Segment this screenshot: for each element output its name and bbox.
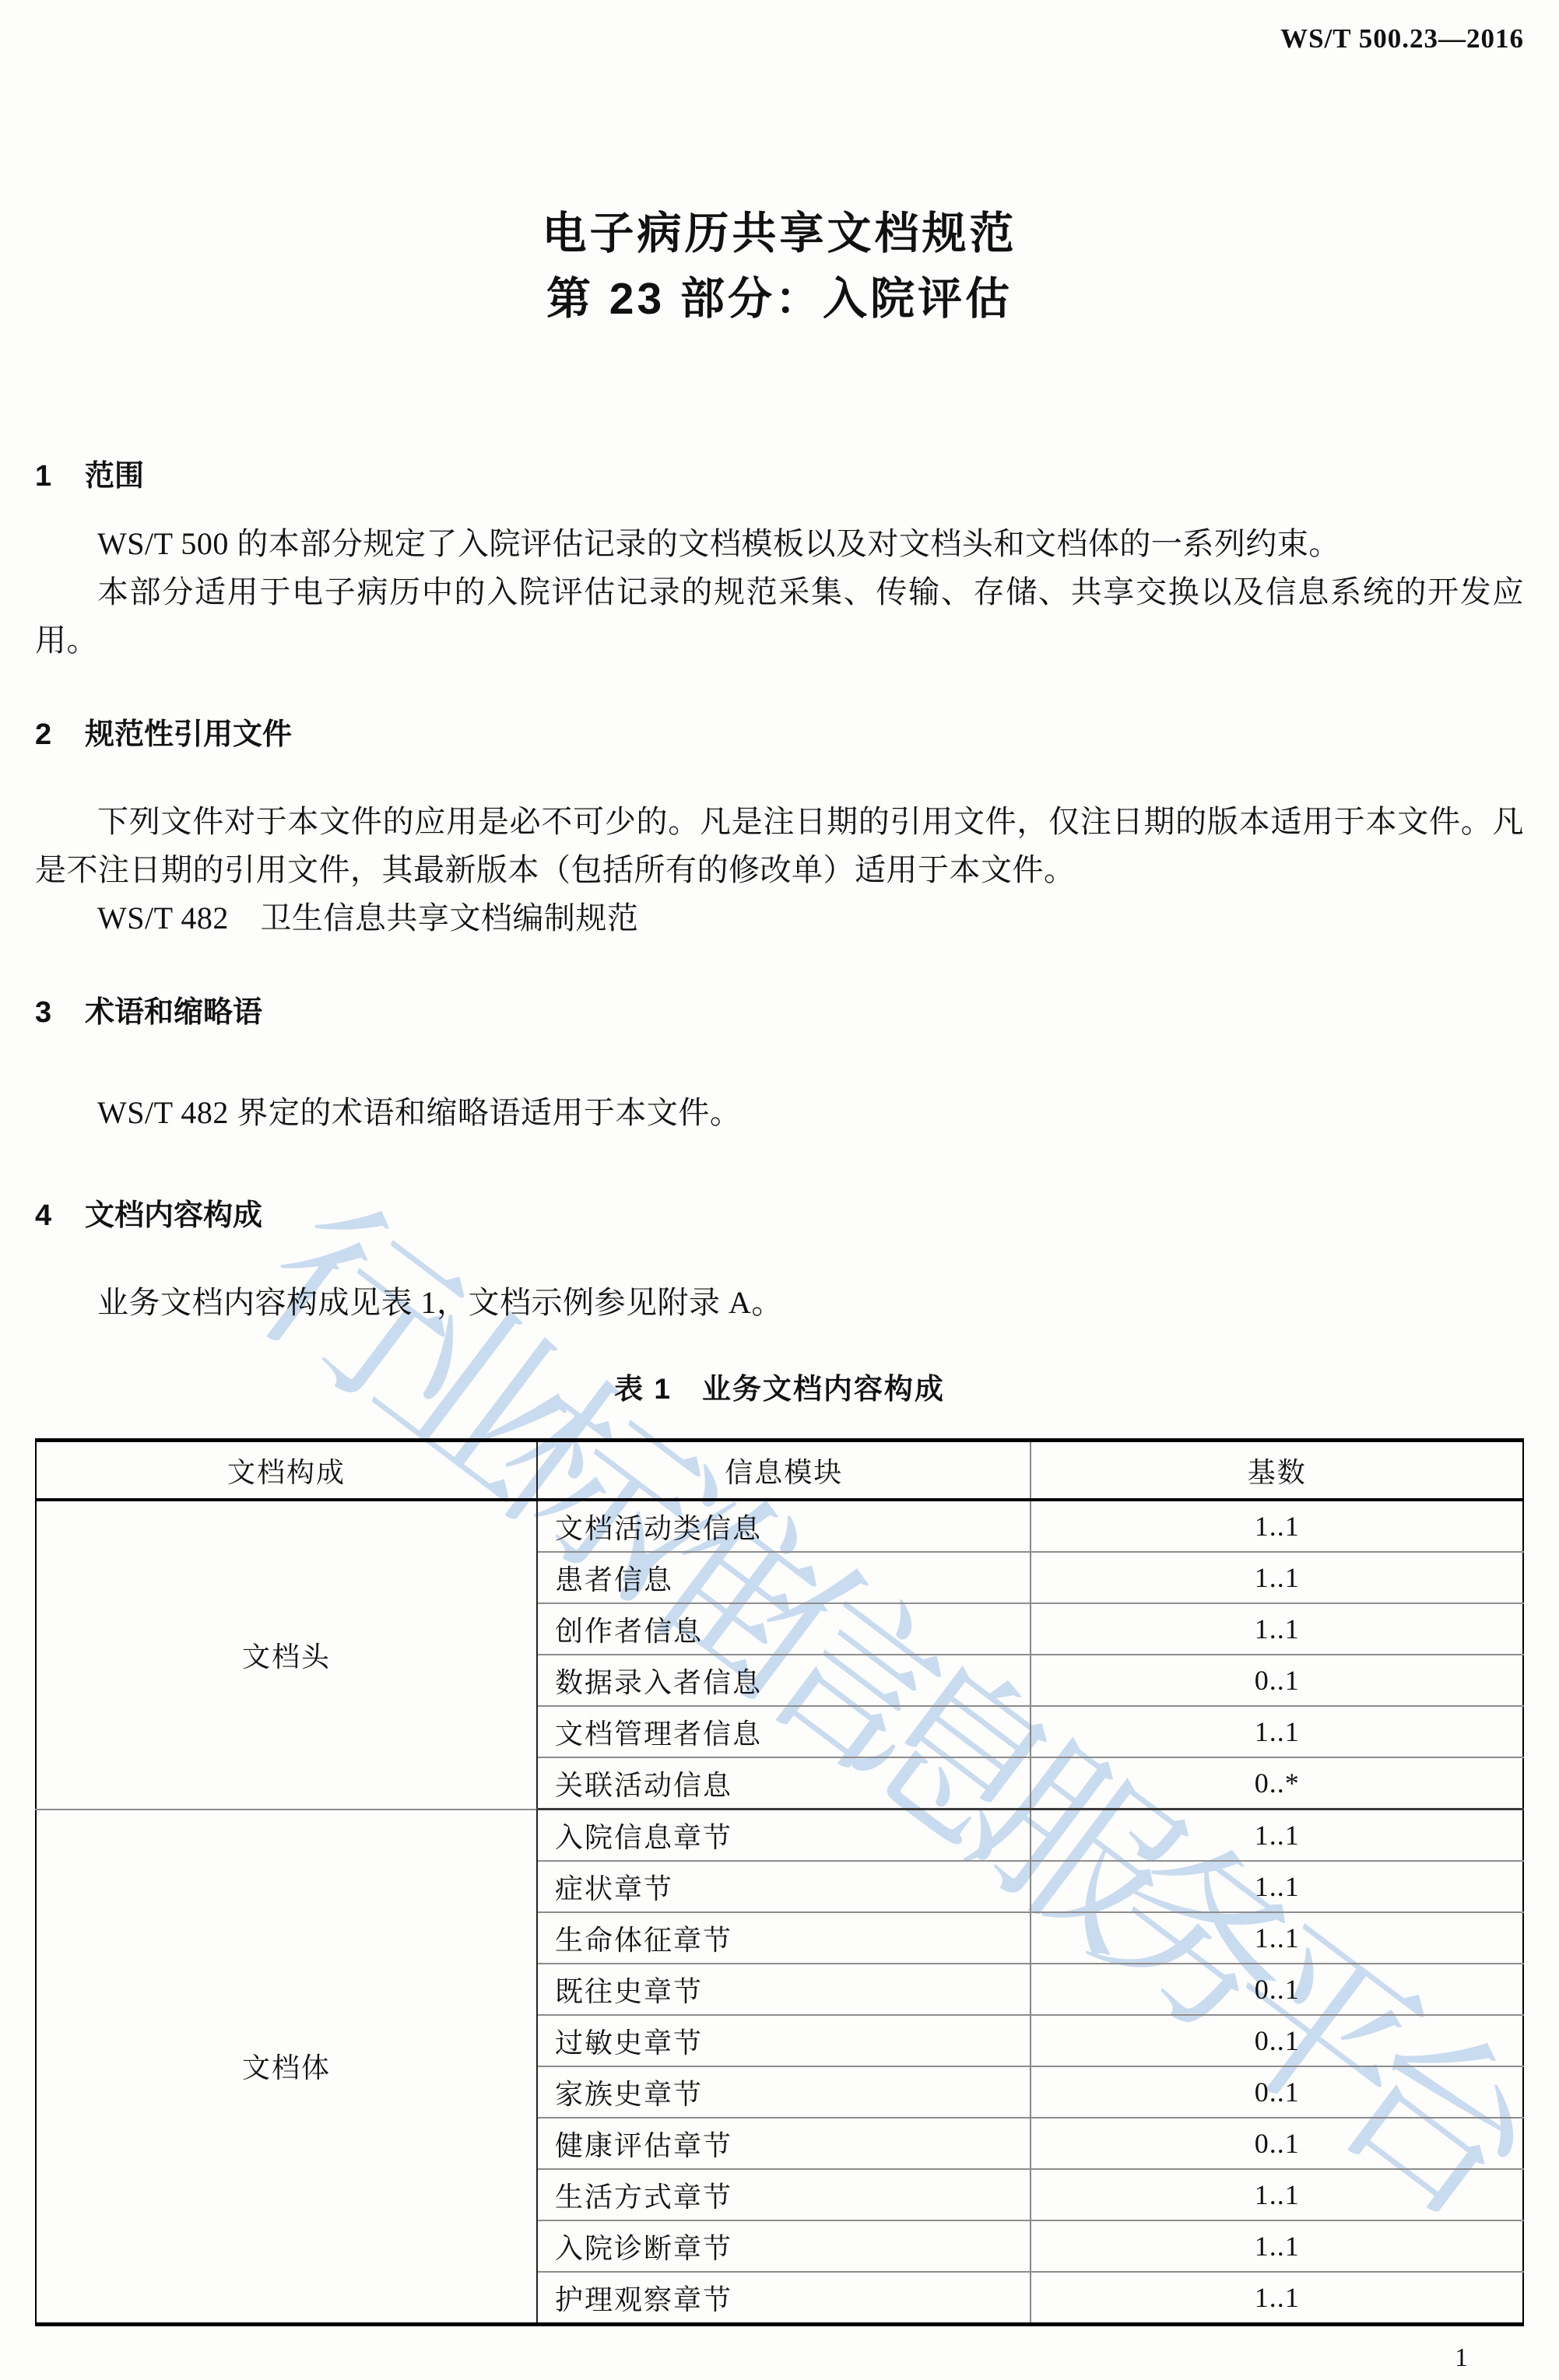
section-title: 范围	[85, 460, 144, 493]
section-number: 3	[35, 992, 85, 1033]
table-header-row: 文档构成信息模块基数	[36, 1441, 1523, 1501]
section-2-paragraph-1: 下列文件对于本文件的应用是必不可少的。凡是注日期的引用文件，仅注日期的版本适用于…	[35, 798, 1524, 894]
cardinality-cell: 1..1	[1031, 1861, 1523, 1912]
cardinality-cell: 1..1	[1031, 2272, 1523, 2325]
column-header: 文档构成	[36, 1441, 537, 1501]
cardinality-cell: 1..1	[1031, 1552, 1523, 1603]
table-body: 文档头文档活动类信息1..1患者信息1..1创作者信息1..1数据录入者信息0.…	[36, 1500, 1523, 2325]
cardinality-cell: 1..1	[1031, 1706, 1523, 1757]
content-composition-table: 文档构成信息模块基数 文档头文档活动类信息1..1患者信息1..1创作者信息1.…	[35, 1438, 1524, 2326]
module-cell: 症状章节	[537, 1861, 1031, 1912]
column-header: 基数	[1031, 1441, 1523, 1501]
cardinality-cell: 1..1	[1031, 2220, 1523, 2272]
section-1-paragraph-2: 本部分适用于电子病历中的入院评估记录的规范采集、传输、存储、共享交换以及信息系统…	[35, 568, 1524, 665]
section-title: 规范性引用文件	[85, 718, 292, 751]
module-cell: 护理观察章节	[537, 2272, 1031, 2325]
title-line-1: 电子病历共享文档规范	[35, 201, 1524, 266]
module-cell: 入院信息章节	[537, 1810, 1031, 1862]
module-cell: 生活方式章节	[537, 2169, 1031, 2220]
column-header: 信息模块	[537, 1441, 1031, 1501]
module-cell: 创作者信息	[537, 1603, 1031, 1655]
module-cell: 生命体征章节	[537, 1912, 1031, 1964]
module-cell: 既往史章节	[537, 1964, 1031, 2015]
module-cell: 健康评估章节	[537, 2118, 1031, 2169]
cardinality-cell: 1..1	[1031, 1500, 1523, 1552]
cardinality-cell: 0..1	[1031, 1964, 1523, 2015]
section-title: 文档内容构成	[85, 1199, 262, 1232]
section-heading-4: 4文档内容构成	[35, 1195, 1524, 1236]
section-title: 术语和缩略语	[85, 996, 262, 1029]
section-1-paragraphs: WS/T 500 的本部分规定了入院评估记录的文档模板以及对文档头和文档体的一系…	[35, 520, 1524, 665]
module-cell: 家族史章节	[537, 2066, 1031, 2118]
cardinality-cell: 1..1	[1031, 1603, 1523, 1655]
section-4-paragraph-1: 业务文档内容构成见表 1，文档示例参见附录 A。	[35, 1279, 1524, 1327]
title-line-2: 第 23 部分：入院评估	[35, 266, 1524, 332]
table-row: 文档头文档活动类信息1..1	[36, 1500, 1523, 1552]
section-4-paragraphs: 业务文档内容构成见表 1，文档示例参见附录 A。	[35, 1279, 1524, 1327]
table-caption: 表 1 业务文档内容构成	[35, 1370, 1524, 1409]
section-3-paragraph-1: WS/T 482 界定的术语和缩略语适用于本文件。	[35, 1089, 1524, 1137]
section-3-paragraphs: WS/T 482 界定的术语和缩略语适用于本文件。	[35, 1089, 1524, 1137]
cardinality-cell: 0..1	[1031, 1655, 1523, 1706]
table-row: 文档体入院信息章节1..1	[36, 1810, 1523, 1862]
cardinality-cell: 0..1	[1031, 2118, 1523, 2169]
module-cell: 文档活动类信息	[537, 1500, 1031, 1552]
cardinality-cell: 0..1	[1031, 2066, 1523, 2118]
section-heading-1: 1范围	[35, 456, 1524, 497]
section-number: 1	[35, 456, 85, 497]
module-cell: 数据录入者信息	[537, 1655, 1031, 1706]
section-1-paragraph-1: WS/T 500 的本部分规定了入院评估记录的文档模板以及对文档头和文档体的一系…	[35, 520, 1524, 568]
document-page: 行业标准信息服务平台 WS/T 500.23—2016 电子病历共享文档规范 第…	[0, 0, 1559, 2380]
module-cell: 入院诊断章节	[537, 2220, 1031, 2272]
cardinality-cell: 0..*	[1031, 1757, 1523, 1810]
group-cell: 文档体	[36, 1810, 537, 2325]
section-2-paragraph-2: WS/T 482 卫生信息共享文档编制规范	[35, 894, 1524, 943]
module-cell: 患者信息	[537, 1552, 1031, 1603]
section-number: 4	[35, 1195, 85, 1236]
module-cell: 关联活动信息	[537, 1757, 1031, 1810]
cardinality-cell: 1..1	[1031, 1912, 1523, 1964]
section-heading-3: 3术语和缩略语	[35, 992, 1524, 1033]
section-2-paragraphs: 下列文件对于本文件的应用是必不可少的。凡是注日期的引用文件，仅注日期的版本适用于…	[35, 798, 1524, 943]
document-title: 电子病历共享文档规范 第 23 部分：入院评估	[35, 201, 1524, 332]
sections-container: 1范围WS/T 500 的本部分规定了入院评估记录的文档模板以及对文档头和文档体…	[35, 456, 1524, 1327]
cardinality-cell: 1..1	[1031, 1810, 1523, 1862]
cardinality-cell: 1..1	[1031, 2169, 1523, 2220]
module-cell: 过敏史章节	[537, 2015, 1031, 2066]
cardinality-cell: 0..1	[1031, 2015, 1523, 2066]
page-number: 1	[35, 2343, 1524, 2373]
page-content: WS/T 500.23—2016 电子病历共享文档规范 第 23 部分：入院评估…	[0, 0, 1559, 2373]
standard-code: WS/T 500.23—2016	[35, 0, 1524, 54]
section-number: 2	[35, 714, 85, 755]
module-cell: 文档管理者信息	[537, 1706, 1031, 1757]
group-cell: 文档头	[36, 1500, 537, 1810]
section-heading-2: 2规范性引用文件	[35, 714, 1524, 755]
